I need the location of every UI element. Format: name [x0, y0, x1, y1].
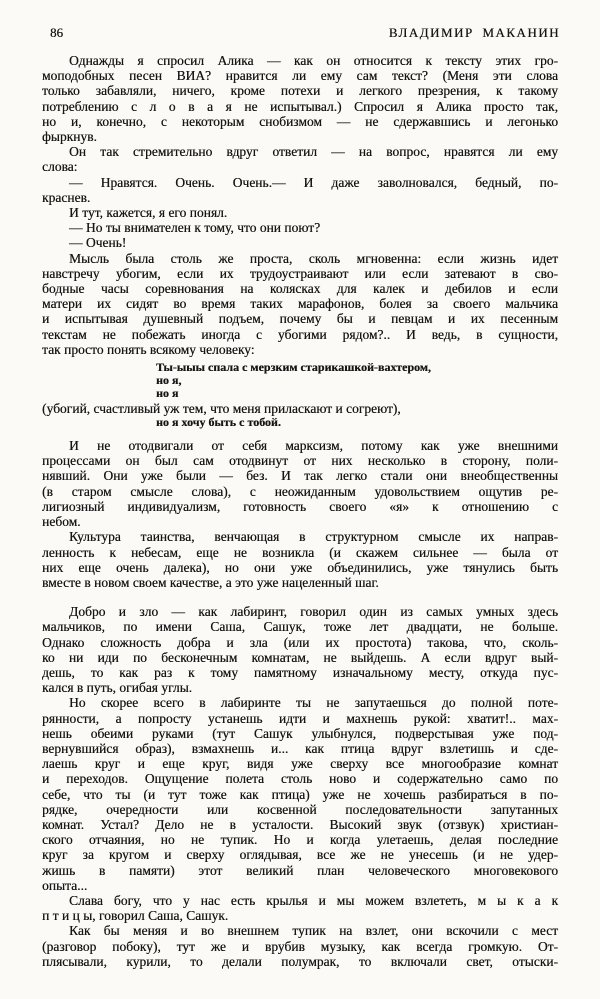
text-line: и переходов. Ощущение полета столь ново … — [42, 771, 558, 786]
paragraph: Но скорее всего в лабиринте ты не запута… — [42, 695, 558, 893]
text-line: них еще очень далека), но они уже объеди… — [42, 560, 558, 575]
text-line: лаешь круг и еще круг, видя уже сверху в… — [42, 756, 558, 771]
text-line: — Нравятся. Очень. Очень.— И даже заволн… — [42, 175, 558, 190]
text-line: и испытывая душевный подъем, почему бы и… — [42, 311, 558, 326]
text-line: Слава богу, что у нас есть крылья и мы м… — [42, 893, 558, 908]
text-line: п т и ц ы, говорил Саша, Сашук. — [42, 908, 558, 923]
text-line: бодные часы соревнования на колясках для… — [42, 281, 558, 296]
book-page: 86 ВЛАДИМИР МАКАНИН Однажды я спросил Ал… — [0, 0, 600, 999]
running-header-author: ВЛАДИМИР МАКАНИН — [389, 25, 560, 41]
text-line: И не отодвигали от себя марксизм, потому… — [42, 438, 558, 453]
text-line: ского отчаяния, но не тупик. Но и когда … — [42, 832, 558, 847]
text-line: (убогий, счастливый уж тем, что меня при… — [42, 401, 558, 416]
text-line: процессами он был сам отодвинут от них н… — [42, 453, 558, 468]
paragraph: И не отодвигали от себя марксизм, потому… — [42, 438, 558, 529]
text-line: вернувшийся образ), взмахнешь и... как п… — [42, 741, 558, 756]
paragraph: Культура таинства, венчающая в структурн… — [42, 529, 558, 590]
text-line: плясывали, курили, то делали полумрак, т… — [42, 954, 558, 969]
text-line: кался в путь, огибая углы. — [42, 680, 558, 695]
text-line: нешь обеими руками (тут Сашук улыбнулся,… — [42, 726, 558, 741]
text-line: рядке, очередности или косвенной последо… — [42, 802, 558, 817]
text-line: мальчиков, по имени Саша, Сашук, тоже ле… — [42, 619, 558, 634]
text-line: — Очень! — [42, 235, 558, 250]
text-line: Однако сложность добра и зла (или их про… — [42, 635, 558, 650]
text-line: рянности, а попросту устанешь идти и мах… — [42, 711, 558, 726]
paragraph: Как бы меняя и во внешнем тупик на взлет… — [42, 923, 558, 969]
text-line: небом. — [42, 514, 558, 529]
text-line: но я, — [42, 374, 558, 387]
text-line: лигиозный индивидуализм, готовность свое… — [42, 499, 558, 514]
text-line: текстам не побежать иногда с убогими ряд… — [42, 327, 558, 342]
page-body: Однажды я спросил Алика — как он относит… — [42, 53, 558, 969]
running-header: 86 ВЛАДИМИР МАКАНИН — [50, 25, 560, 41]
text-line: краснев. — [42, 190, 558, 205]
text-line: комнат. Устал? Дело не в усталости. Высо… — [42, 817, 558, 832]
text-line: потреблению с л о в а я не испытывал.) С… — [42, 99, 558, 114]
text-line: опыта... — [42, 878, 558, 893]
text-line: ленность к небесам, еще не возникла (и с… — [42, 545, 558, 560]
text-line: нявший. Они уже были — без. И так легко … — [42, 468, 558, 483]
text-line: Мысль была столь же проста, сколь мгнове… — [42, 251, 558, 266]
text-line: матери их сидят во время таких марафонов… — [42, 296, 558, 311]
text-line: Как бы меняя и во внешнем тупик на взлет… — [42, 923, 558, 938]
paragraph: Добро и зло — как лабиринт, говорил один… — [42, 604, 558, 695]
text-line: Добро и зло — как лабиринт, говорил один… — [42, 604, 558, 619]
text-line: так просто понять всякому человеку: — [42, 342, 558, 357]
text-line: — Но ты внимателен к тому, что они поют? — [42, 220, 558, 235]
text-line: Культура таинства, венчающая в структурн… — [42, 529, 558, 544]
text-line: дешь, то как раз к тому памятному изнача… — [42, 665, 558, 680]
paragraph: Слава богу, что у нас есть крылья и мы м… — [42, 893, 558, 923]
page-number: 86 — [50, 25, 63, 41]
paragraph: — Нравятся. Очень. Очень.— И даже заволн… — [42, 175, 558, 205]
text-line: (в старом смысле слова), с неожиданным у… — [42, 484, 558, 499]
text-line: вместе в новом своем качестве, а это уже… — [42, 575, 558, 590]
text-line: (разговор побоку), тут же и врубив музык… — [42, 939, 558, 954]
text-line: но я хочу быть с тобой. — [42, 416, 558, 429]
text-line: Но скорее всего в лабиринте ты не запута… — [42, 695, 558, 710]
text-line: но и, конечно, с некоторым снобизмом — н… — [42, 114, 558, 129]
paragraph: И тут, кажется, я его понял. — [42, 205, 558, 220]
paragraph: Однажды я спросил Алика — как он относит… — [42, 53, 558, 144]
text-line: И тут, кажется, я его понял. — [42, 205, 558, 220]
text-line: Однажды я спросил Алика — как он относит… — [42, 53, 558, 68]
text-line: жишь в памяти) этот великий план человеч… — [42, 863, 558, 878]
text-line: навстречу убогим, если их трудоустраиваю… — [42, 266, 558, 281]
text-line: слова: — [42, 159, 558, 174]
paragraph: — Но ты внимателен к тому, что они поют? — [42, 220, 558, 235]
text-line: ко ни иди по бесконечным комнатам, не вы… — [42, 650, 558, 665]
text-line: Ты-ыыы спала с мерзким старикашкой-вахте… — [42, 361, 558, 374]
text-line: но я — [42, 387, 558, 400]
paragraph: Мысль была столь же проста, сколь мгнове… — [42, 251, 558, 357]
paragraph: Он так стремительно вдруг ответил — на в… — [42, 144, 558, 174]
text-line: себе, что ты (и тут тоже как птица) уже … — [42, 787, 558, 802]
text-line: круг за кругом и сверху оглядывая, все ж… — [42, 847, 558, 862]
text-line: только забавляли, ничего, кроме потехи и… — [42, 83, 558, 98]
text-line: моподобных песен ВИА? нравится ли ему са… — [42, 68, 558, 83]
text-line: Он так стремительно вдруг ответил — на в… — [42, 144, 558, 159]
text-line: фыркнув. — [42, 129, 558, 144]
paragraph: — Очень! — [42, 235, 558, 250]
verse-block: Ты-ыыы спала с мерзким старикашкой-вахте… — [42, 361, 558, 429]
